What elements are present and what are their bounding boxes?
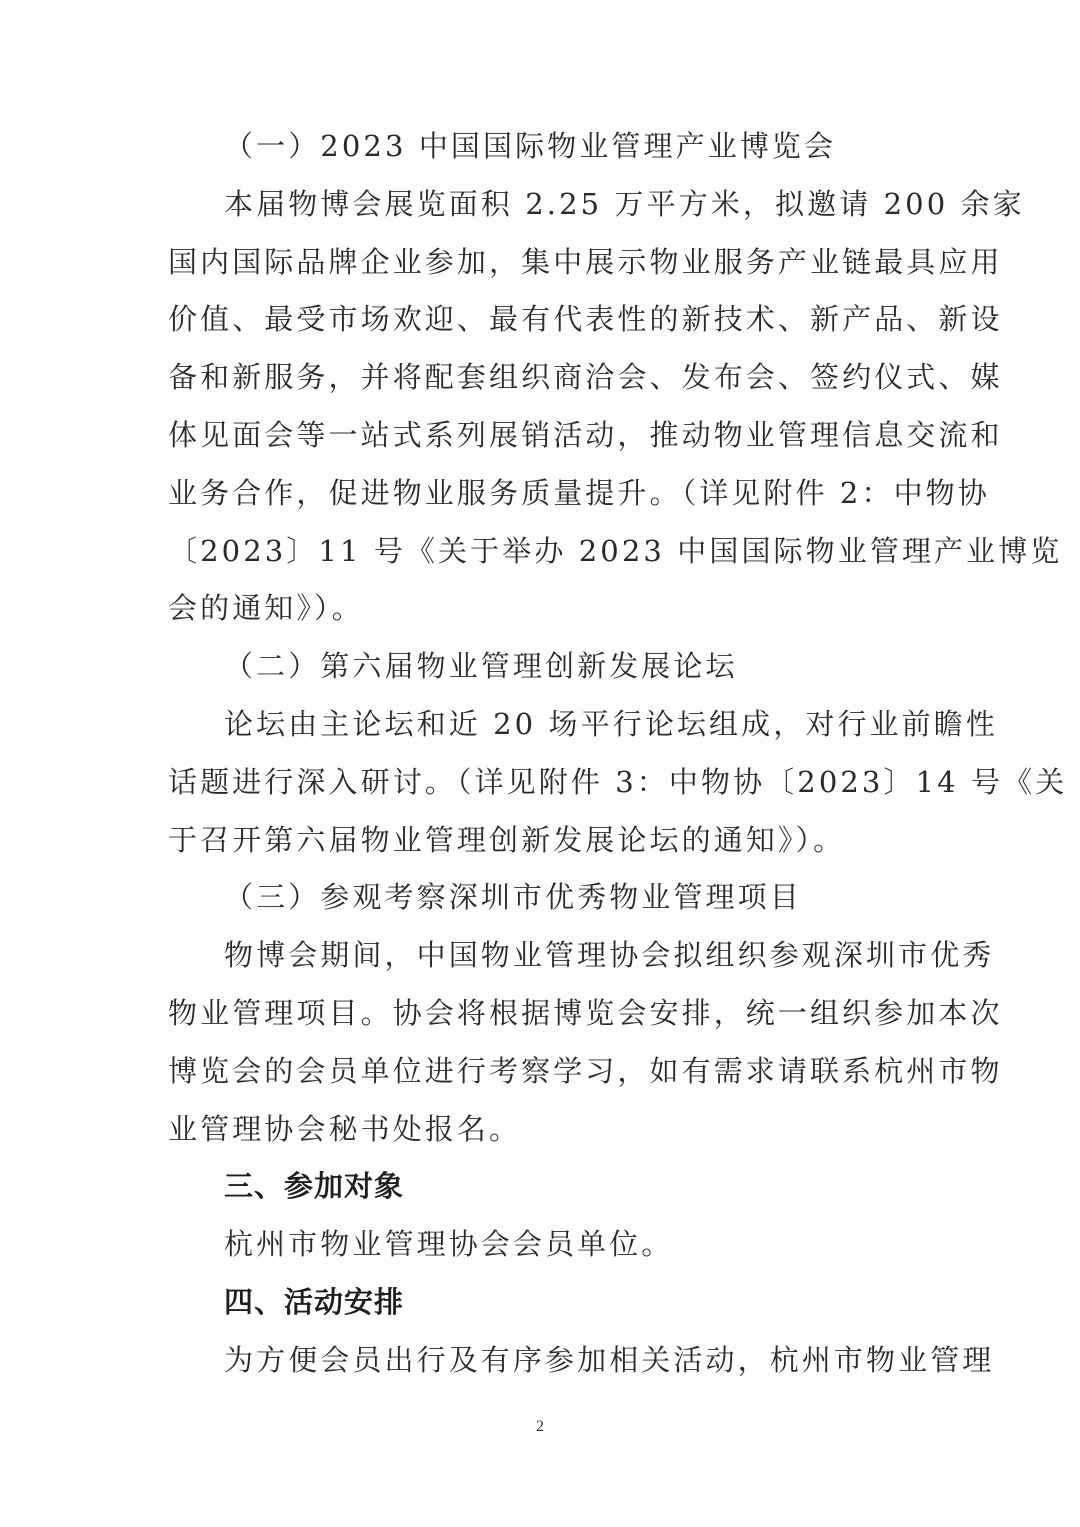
section-heading-arrangements: 四、活动安排 <box>168 1274 914 1332</box>
document-page: （一）2023 中国国际物业管理产业博览会 本届物博会展览面积 2.25 万平方… <box>0 0 1080 1527</box>
page-number: 2 <box>0 1418 1080 1436</box>
subheading-visit: （三）参观考察深圳市优秀物业管理项目 <box>168 869 914 927</box>
paragraph-line: 物业管理项目。协会将根据博览会安排，统一组织参加本次 <box>168 985 914 1043</box>
section-heading-participants: 三、参加对象 <box>168 1158 914 1216</box>
paragraph-line: 业务合作，促进物业服务质量提升。（详见附件 2：中物协 <box>168 465 914 523</box>
subheading-forum: （二）第六届物业管理创新发展论坛 <box>168 638 914 696</box>
paragraph-line: 于召开第六届物业管理创新发展论坛的通知》）。 <box>168 812 914 870</box>
paragraph-line: 博览会的会员单位进行考察学习，如有需求请联系杭州市物 <box>168 1043 914 1101</box>
paragraph-line: 业管理协会秘书处报名。 <box>168 1101 914 1159</box>
paragraph-line: 论坛由主论坛和近 20 场平行论坛组成，对行业前瞻性 <box>168 696 914 754</box>
paragraph-line: 杭州市物业管理协会会员单位。 <box>168 1216 914 1274</box>
paragraph-line: 会的通知》）。 <box>168 580 914 638</box>
paragraph-line: 价值、最受市场欢迎、最有代表性的新技术、新产品、新设 <box>168 291 914 349</box>
paragraph-line: 体见面会等一站式系列展销活动，推动物业管理信息交流和 <box>168 407 914 465</box>
subheading-expo: （一）2023 中国国际物业管理产业博览会 <box>168 118 914 176</box>
paragraph-line: 物博会期间，中国物业管理协会拟组织参观深圳市优秀 <box>168 927 914 985</box>
paragraph-line: 话题进行深入研讨。（详见附件 3：中物协〔2023〕14 号《关 <box>168 754 914 812</box>
paragraph-line: 国内国际品牌企业参加，集中展示物业服务产业链最具应用 <box>168 234 914 292</box>
paragraph-line: 本届物博会展览面积 2.25 万平方米，拟邀请 200 余家 <box>168 176 914 234</box>
paragraph-line: 为方便会员出行及有序参加相关活动，杭州市物业管理 <box>168 1332 914 1390</box>
document-body: （一）2023 中国国际物业管理产业博览会 本届物博会展览面积 2.25 万平方… <box>168 118 914 1390</box>
paragraph-line: 〔2023〕11 号《关于举办 2023 中国国际物业管理产业博览 <box>168 523 914 581</box>
paragraph-line: 备和新服务，并将配套组织商洽会、发布会、签约仪式、媒 <box>168 349 914 407</box>
